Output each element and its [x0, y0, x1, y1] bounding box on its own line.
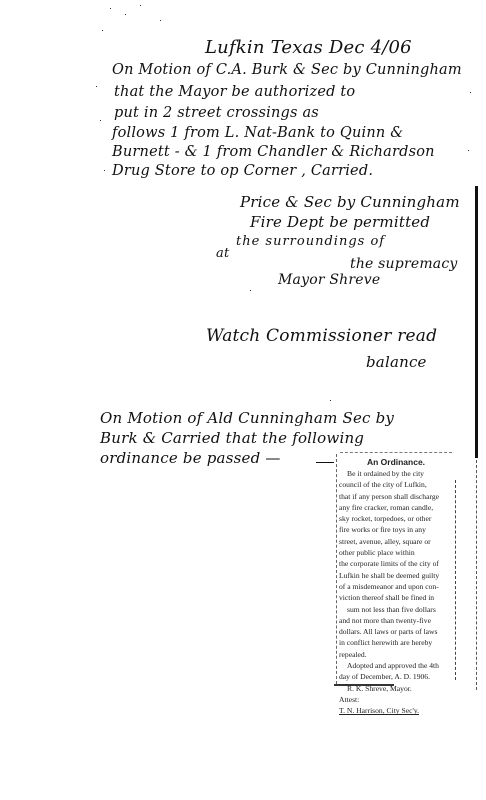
motion-4-line: ordinance be passed —: [100, 448, 281, 468]
motion-1-line: Burnett - & 1 from Chandler & Richardson: [112, 142, 435, 162]
scan-speck: [100, 120, 101, 121]
clipping-line: and not more than twenty-five: [337, 615, 455, 626]
scan-speck: [110, 8, 111, 9]
clipping-line: that if any person shall discharge: [337, 491, 455, 502]
motion-2-line: Fire Dept be permitted: [250, 212, 430, 232]
clipping-line: any fire cracker, roman candle,: [337, 502, 455, 513]
clipping-line: sky rocket, torpedoes, or other: [337, 513, 455, 524]
clipping-line: repealed.: [337, 649, 455, 660]
clipping-top-rule: [340, 452, 452, 453]
clipping-line: Lufkin he shall be deemed guilty: [337, 570, 455, 581]
scan-speck: [470, 92, 471, 93]
clipping-line: of a misdemeanor and upon con-: [337, 581, 455, 592]
clipping-line: day of December, A. D. 1906.: [337, 671, 455, 682]
clipping-line: viction thereof shall be fined in: [337, 592, 455, 603]
clipping-attest: Attest:: [337, 694, 455, 705]
scan-speck: [330, 400, 331, 401]
note-3-line: Watch Commissioner read: [206, 326, 437, 346]
clipping-line: dollars. All laws or parts of laws: [337, 626, 455, 637]
motion-1-line: On Motion of C.A. Burk & Sec by Cunningh…: [112, 60, 462, 80]
motion-1-line: Drug Store to op Corner , Carried.: [112, 161, 373, 181]
place-date-header: Lufkin Texas Dec 4/06: [205, 38, 412, 58]
scan-speck: [125, 14, 126, 15]
motion-4-line: On Motion of Ald Cunningham Sec by: [100, 408, 394, 428]
page-edge-rule-dashed: [476, 460, 478, 690]
clipping-line: other public place within: [337, 547, 455, 558]
scan-speck: [250, 290, 251, 291]
scan-speck: [468, 150, 469, 151]
clipping-bottom-rule: [334, 684, 394, 686]
scan-speck: [140, 5, 141, 6]
note-3-line: balance: [366, 352, 427, 372]
clipping-line: fire works or fire toys in any: [337, 524, 455, 535]
motion-2-line: at: [216, 244, 229, 264]
scanned-document-page: Lufkin Texas Dec 4/06 On Motion of C.A. …: [0, 0, 486, 800]
motion-1-line: follows 1 from L. Nat-Bank to Quinn &: [112, 123, 403, 143]
clipping-line: street, avenue, alley, square or: [337, 536, 455, 547]
clipping-line: council of the city of Lufkin,: [337, 479, 455, 490]
scan-speck: [160, 20, 161, 21]
newspaper-clipping: An Ordinance. Be it ordained by the city…: [336, 454, 455, 684]
clipping-line: Be it ordained by the city: [337, 468, 455, 479]
clipping-signature-secretary: T. N. Harrison, City Sec'y.: [337, 705, 455, 716]
connector-stroke: [316, 462, 334, 463]
scan-speck: [102, 30, 103, 31]
motion-4-line: Burk & Carried that the following: [100, 428, 364, 448]
scan-speck: [104, 170, 105, 171]
clipping-line: in conflict herewith are hereby: [337, 637, 455, 648]
motion-1-line: that the Mayor be authorized to: [114, 82, 355, 102]
motion-2-line: Mayor Shreve: [278, 270, 380, 290]
clipping-line: sum not less than five dollars: [337, 604, 455, 615]
scan-speck: [96, 86, 97, 87]
page-edge-rule: [475, 186, 478, 458]
clipping-line: the corporate limits of the city of: [337, 558, 455, 569]
clipping-line: Adopted and approved the 4th: [337, 660, 455, 671]
clipping-right-border: [455, 480, 457, 680]
motion-1-line: put in 2 street crossings as: [114, 103, 319, 123]
motion-2-line: Price & Sec by Cunningham: [240, 192, 460, 212]
clipping-title: An Ordinance.: [337, 457, 455, 467]
motion-2-line: the surroundings of: [236, 232, 385, 252]
